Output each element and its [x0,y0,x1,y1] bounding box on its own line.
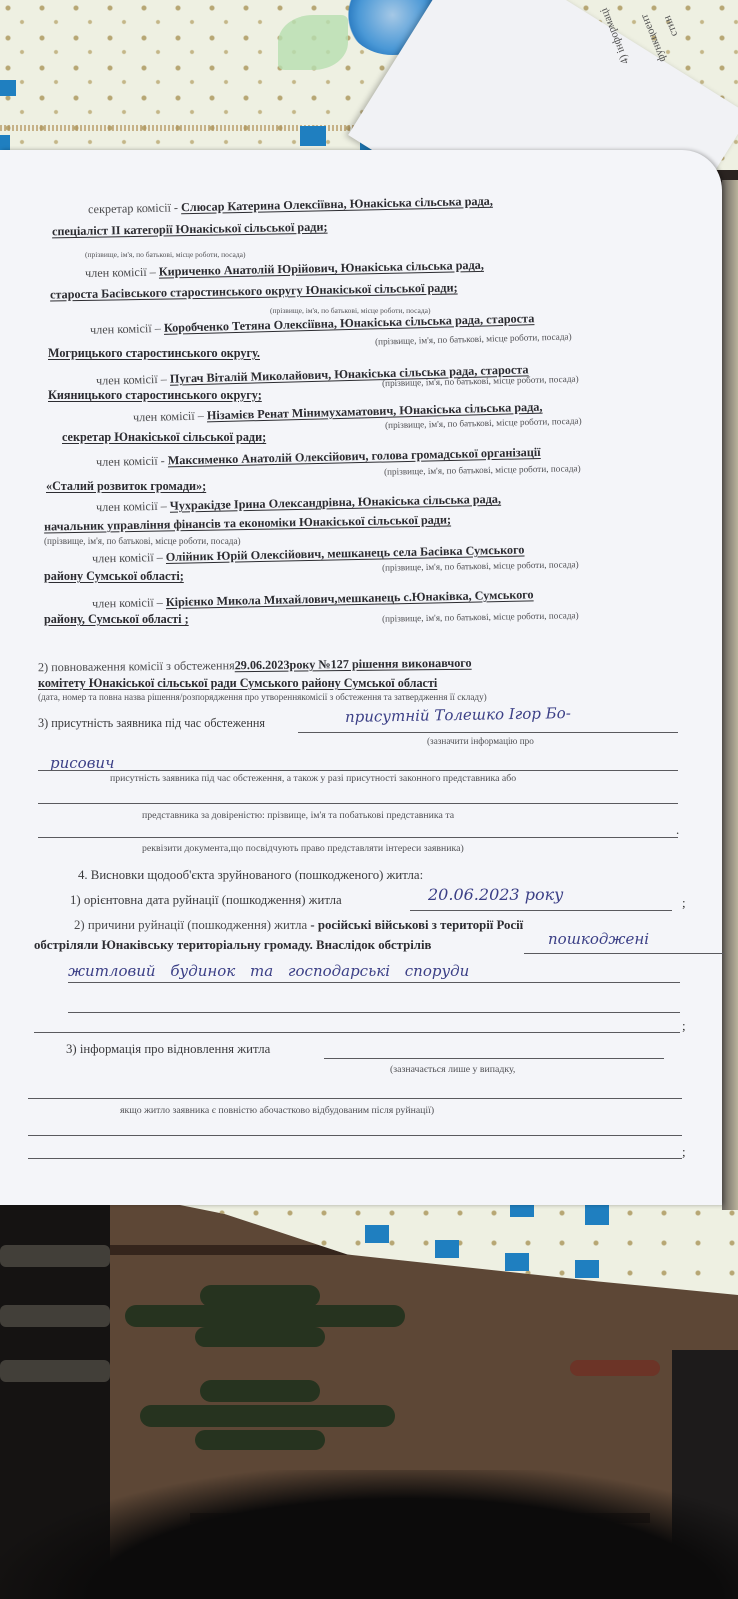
punctuation: ; [682,895,686,911]
member-position: Кияницького старостинського округу; [48,388,262,402]
section3-label: 3) присутність заявника під час обстежен… [38,716,265,731]
field-hint: (зазначити інформацію про [427,736,534,746]
section2-value-line2: комітету Юнакіської сільської ради Сумсь… [38,676,437,690]
boot-stripe [0,1360,110,1382]
rug-pattern [195,1430,325,1450]
punctuation: ; [682,1018,686,1034]
member-position: Могрицького старостинського округу. [48,346,260,360]
damage-date-label: 1) орієнтовна дата руйнації (пошкодження… [70,893,342,908]
member-role: член комісії – [85,265,156,280]
field-hint: присутність заявника під час обстеження,… [110,773,516,784]
field-line [28,1158,682,1159]
member-role: член комісії – [92,550,163,565]
tablecloth-check [0,80,16,96]
rug-pattern [200,1380,320,1402]
damage-date-field-line [410,910,672,911]
field-hint: (прізвище, ім'я, по батькові, місце робо… [44,536,241,546]
tablecloth-check [435,1240,459,1258]
tablecloth-check [365,1225,389,1243]
section2-value: 29.06.2023року №127 рішення виконавчого [235,656,472,672]
member-role: член комісії - [96,453,165,469]
section4-heading: 4. Висновки щодооб'єкта зруйнованого (по… [78,868,423,883]
damage-cause-line2: обстріляли Юнаківську територіальну гром… [34,938,431,953]
field-line [34,1032,680,1033]
boot-stripe [0,1245,110,1267]
member-entry-line2: секретар Юнакіської сільської ради; [62,430,266,445]
sheet-edge [722,180,738,1210]
damage-description-handwritten: пошкоджені [548,930,649,948]
rug-pattern [125,1305,405,1327]
member-entry-line2: Кияницького старостинського округу; [48,388,262,403]
member-position: району Сумської області; [44,569,184,583]
member-role: секретар комісії - [88,200,178,216]
boot-stripe [0,1305,110,1327]
commission-authority-line2: комітету Юнакіської сільської ради Сумсь… [38,676,437,691]
field-line [68,1012,680,1013]
damage-date-handwritten: 20.06.2023 року [428,885,563,904]
tablecloth-check [505,1253,529,1271]
member-position: секретар Юнакіської сільської ради; [62,430,266,444]
field-line [28,1098,682,1099]
restoration-field-line [324,1058,664,1059]
field-line [68,982,680,983]
field-hint: представника за довіреністю: прізвище, і… [142,810,454,821]
member-role: член комісії – [96,499,167,514]
field-hint: реквізити документа,що посвідчують право… [142,843,464,854]
damage-cause-label: 2) причини руйнації (пошкодження) житла [74,918,307,932]
member-role: член комісії – [92,595,163,610]
field-hint: (зазначається лише у випадку, [390,1064,515,1075]
punctuation: . [676,822,679,838]
damage-cause-text: - російські військові з території Росії [310,918,523,932]
member-role: член комісії – [133,409,204,425]
rug-pattern [570,1360,660,1376]
field-line [38,837,678,838]
damage-cause-text-line2: обстріляли Юнаківську територіальну гром… [34,938,431,952]
section2-label: 2) повноваження комісії з обстеження [38,658,235,674]
member-role: член комісії – [90,321,161,337]
member-entry-line2: Могрицького старостинського округу. [48,346,260,361]
tablecloth-check [0,135,10,151]
member-position: району, Сумської області ; [44,612,189,626]
section3-field-line [298,732,678,733]
rug-pattern [195,1327,325,1347]
tablecloth-check [300,126,326,146]
field-line [38,803,678,804]
member-entry-line2: району, Сумської області ; [44,612,189,627]
damage-cause: 2) причини руйнації (пошкодження) житла … [74,918,523,933]
field-hint: (дата, номер та повна назва рішення/розп… [38,692,487,702]
damage-description-handwritten-cont: житловий будинок та господарські споруди [68,962,469,980]
rug-pattern [140,1405,395,1427]
field-line [38,770,678,771]
tablecloth-leaf [278,15,348,70]
member-position: «Сталий розвиток громади»; [46,479,206,493]
tablecloth-check [575,1260,599,1278]
shadow [0,1470,738,1599]
field-hint: (прізвище, ім'я, по батькові, місце робо… [85,250,246,259]
field-line [524,953,724,954]
restoration-info-label: 3) інформація про відновлення житла [66,1042,270,1057]
punctuation: ; [682,1144,686,1160]
field-line [28,1135,682,1136]
tablecloth-check [510,1205,534,1217]
tablecloth-check [585,1205,609,1225]
rug-pattern [200,1285,320,1307]
member-entry-line2: району Сумської області; [44,569,184,584]
member-role: член комісії – [96,372,167,388]
field-hint: якщо житло заявника є повністю абочастко… [120,1105,434,1116]
member-entry-line2: «Сталий розвиток громади»; [46,479,206,494]
